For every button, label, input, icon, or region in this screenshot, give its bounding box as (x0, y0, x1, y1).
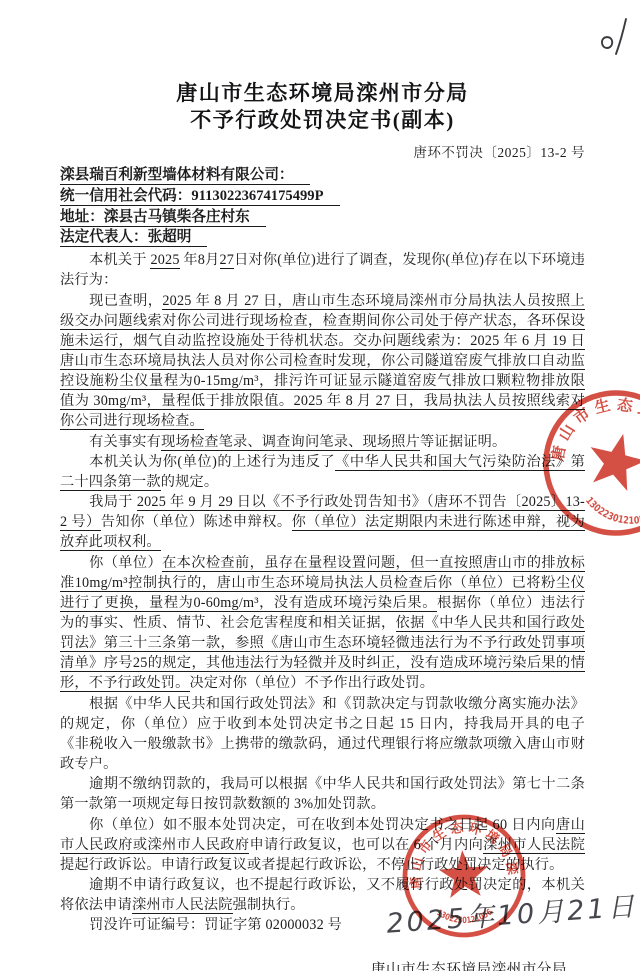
svg-text:1302230121056: 1302230121056 (434, 904, 495, 928)
seal-number-curved: 1302230121056 (434, 904, 495, 928)
handwritten-mark-icon (594, 14, 634, 62)
recipient-address: 地址：滦县古马镇柴各庄村东 (60, 207, 585, 228)
document-title: 唐山市生态环境局滦州市分局 不予行政处罚决定书(副本) (60, 80, 585, 134)
seal-star (438, 848, 491, 898)
recipient-legal-representative: 法定代表人：张超明 (60, 227, 585, 248)
body-paragraph: 现已查明，2025 年 8 月 27 日，唐山市生态环境局滦州市分局执法人员按照… (60, 291, 585, 432)
title-line-2: 不予行政处罚决定书(副本) (60, 107, 585, 134)
body-paragraph: 本机关认为你(单位)的上述行为违反了《中华人民共和国大气污染防治法》第二十四条第… (60, 452, 585, 492)
recipient-credit-code: 统一信用社会代码：91130223674175499P (60, 186, 585, 207)
document-number: 唐环不罚决〔2025〕13-2 号 (60, 141, 585, 161)
body-paragraph: 逾期不缴纳罚款的，我局可以根据《中华人民共和国行政处罚法》第七十二条第一款第一项… (60, 774, 585, 814)
title-line-1: 唐山市生态环境局滦州市分局 (60, 80, 585, 107)
recipient-company: 滦县瑞百利新型墙体材料有限公司： (60, 165, 585, 186)
official-seal-partial: 唐山市生态环境局滦州市分局 1302230121056 (536, 380, 640, 550)
document-page: 唐山市生态环境局滦州市分局 不予行政处罚决定书(副本) 唐环不罚决〔2025〕1… (0, 0, 640, 971)
body-paragraph: 有关事实有现场检查笔录、调查询问笔录、现场照片等证据证明。 (60, 432, 585, 452)
recipient-block: 滦县瑞百利新型墙体材料有限公司： 统一信用社会代码：91130223674175… (60, 165, 585, 248)
body-paragraph: 我局于 2025 年 9 月 29 日以《不予行政处罚告知书》（唐环不罚告〔20… (60, 492, 585, 552)
issuing-agency: 唐山市生态环境局滦州市分局 (60, 958, 585, 971)
seal-star (582, 427, 640, 493)
body-paragraph: 你（单位）在本次检查前，虽存在量程设置问题，但一直按照唐山市的排放标准10mg/… (60, 553, 585, 694)
body-paragraph: 根据《中华人民共和国行政处罚法》和《罚款决定与罚款收缴分离实施办法》的规定，你（… (60, 694, 585, 775)
body-paragraph: 本机关于 2025 年8月27日对你(单位)进行了调查，发现你(单位)存在以下环… (60, 250, 585, 290)
official-seal-main: 唐山市生态环境局滦州市分局 1302230121056 (398, 810, 530, 944)
